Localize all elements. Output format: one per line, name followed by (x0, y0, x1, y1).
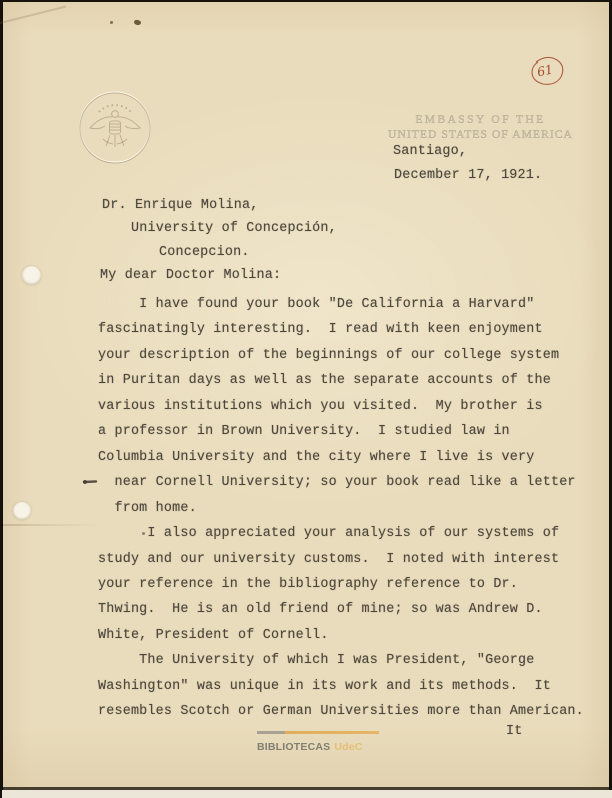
salutation: My dear Doctor Molina: (100, 268, 281, 283)
ink-speck (133, 19, 141, 26)
punch-hole (22, 266, 41, 285)
letterhead-line1: EMBASSY OF THE (378, 113, 583, 128)
scanner-background (2, 790, 612, 798)
letterhead-line2: UNITED STATES OF AMERICA (378, 128, 583, 143)
letter-body: I have found your book "De California a … (98, 292, 584, 725)
body-line: your description of the beginnings of ou… (98, 343, 584, 368)
archival-number-annotation: 61 (522, 52, 572, 94)
body-line: I have found your book "De California a … (98, 292, 584, 317)
catchword: It (506, 724, 522, 739)
body-line: The University of which I was President,… (98, 648, 584, 673)
body-line: your reference in the bibliography refer… (98, 572, 584, 597)
watermark-suffix-text: UdeC (334, 741, 362, 753)
body-line: from home. (98, 496, 584, 521)
watermark-library-text: BIBLIOTECAS (257, 741, 330, 753)
body-line: resembles Scotch or German Universities … (98, 699, 584, 724)
body-line: a professor in Brown University. I studi… (98, 419, 584, 444)
paper-crease (3, 524, 99, 526)
stray-ink-dot (142, 532, 145, 535)
body-line: I also appreciated your analysis of our … (98, 521, 584, 546)
body-line: in Puritan days as well as the separate … (98, 368, 584, 393)
punch-hole (13, 502, 31, 520)
scanned-letter: 61 EMBASSY OF THE UNITED STATES OF AMERI… (0, 0, 612, 798)
body-line: various institutions which you visited. … (98, 394, 584, 419)
body-line: near Cornell University; so your book re… (98, 470, 584, 495)
body-line: fascinatingly interesting. I read with k… (98, 317, 584, 342)
body-line: study and our university customs. I note… (98, 547, 584, 572)
dateline-date: December 17, 1921. (394, 168, 542, 183)
letter-page: 61 EMBASSY OF THE UNITED STATES OF AMERI… (3, 2, 609, 790)
paper-crease (0, 6, 66, 25)
body-line: Washington" was unique in its work and i… (98, 674, 584, 699)
body-line: Thwing. He is an old friend of mine; so … (98, 597, 584, 622)
recipient-name: Dr. Enrique Molina, (102, 198, 258, 213)
recipient-city: Concepcion. (159, 245, 250, 260)
watermark-rule (257, 731, 379, 734)
us-great-seal-icon (77, 90, 153, 166)
ink-speck (110, 21, 113, 24)
body-line: Columbia University and the city where I… (98, 445, 584, 470)
recipient-institution: University of Concepción, (131, 221, 337, 236)
pen-mark-arrow-icon (82, 474, 98, 484)
body-line: White, President of Cornell. (98, 623, 584, 648)
library-watermark: BIBLIOTECASUdeC (257, 731, 387, 753)
dateline-city: Santiago, (393, 144, 467, 159)
letterhead: EMBASSY OF THE UNITED STATES OF AMERICA (378, 113, 583, 143)
